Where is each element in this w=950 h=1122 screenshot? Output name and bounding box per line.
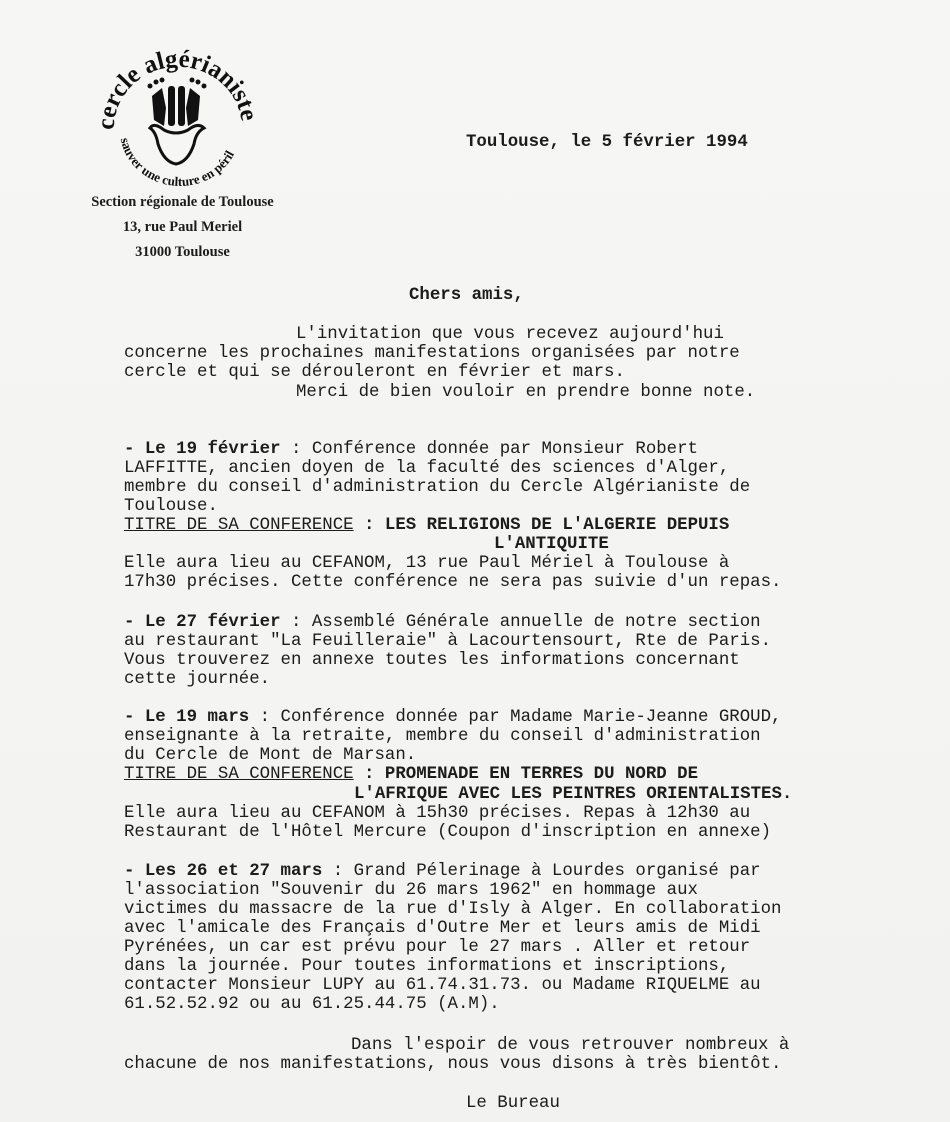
- event-4-sep: :: [322, 862, 353, 881]
- salutation: Chers amis,: [409, 287, 524, 306]
- event-1-line-3: membre du conseil d'administration du Ce…: [124, 479, 750, 498]
- signature: Le Bureau: [466, 1095, 560, 1114]
- event-1-after-1: Elle aura lieu au CEFANOM, 13 rue Paul M…: [124, 555, 729, 574]
- event-3-title-line-2: L'AFRIQUE AVEC LES PEINTRES ORIENTALISTE…: [354, 786, 792, 805]
- event-3-sep: :: [249, 708, 280, 727]
- section-name: Section régionale de Toulouse: [60, 190, 305, 215]
- logo-motto-arc: sauver une culture en péril: [118, 136, 237, 186]
- event-1-title: TITRE DE SA CONFERENCE : LES RELIGIONS D…: [124, 517, 729, 536]
- event-1-line-1: Conférence donnée par Monsieur Robert: [312, 440, 698, 459]
- event-4-line-1: Grand Pélerinage à Lourdes organisé par: [354, 862, 761, 881]
- city-address: 31000 Toulouse: [60, 240, 305, 265]
- hand-of-fatma-icon: [148, 78, 207, 165]
- event-1-line-4: Toulouse.: [124, 498, 218, 517]
- closing-line-2: chacune de nos manifestations, nous vous…: [124, 1056, 781, 1075]
- event-1-title-line-2: L'ANTIQUITE: [494, 536, 609, 555]
- event-3-date: - Le 19 mars: [124, 708, 249, 727]
- event-4-date: - Les 26 et 27 mars: [124, 862, 322, 881]
- svg-text:cercle algérianiste: cercle algérianiste: [93, 46, 260, 131]
- event-2-line-4: cette journée.: [124, 671, 270, 690]
- event-3-title-label: TITRE DE SA CONFERENCE: [124, 765, 354, 784]
- intro-line-4: Merci de bien vouloir en prendre bonne n…: [296, 384, 755, 403]
- event-2-line-1: Assemblé Générale annuelle de notre sect…: [312, 613, 761, 632]
- intro-line-3: cercle et qui se dérouleront en février …: [124, 364, 625, 383]
- event-1-title-label: TITRE DE SA CONFERENCE: [124, 516, 354, 535]
- event-1-after-2: 17h30 précises. Cette conférence ne sera…: [124, 574, 781, 593]
- date-line: Toulouse, le 5 février 1994: [466, 134, 748, 153]
- event-2-date: - Le 27 février: [124, 613, 281, 632]
- event-3-first-line: - Le 19 mars : Conférence donnée par Mad…: [124, 709, 781, 728]
- event-1-sep: :: [281, 440, 312, 459]
- logo-name-arc: cercle algérianiste: [93, 46, 260, 131]
- event-4-line-5: Pyrénées, un car est prévu pour le 27 ma…: [124, 939, 750, 958]
- closing-line-1: Dans l'espoir de vous retrouver nombreux…: [351, 1037, 789, 1056]
- event-1-title-line-1: : LES RELIGIONS DE L'ALGERIE DEPUIS: [354, 516, 730, 535]
- event-2-line-3: Vous trouverez en annexe toutes les info…: [124, 652, 740, 671]
- street-address: 13, rue Paul Meriel: [60, 215, 305, 240]
- event-4-line-6: dans la journée. Pour toutes information…: [124, 958, 729, 977]
- event-3-title-line-1: : PROMENADE EN TERRES DU NORD DE: [354, 765, 698, 784]
- intro-line-1: L'invitation que vous recevez aujourd'hu…: [296, 326, 724, 345]
- letter-page: cercle algérianiste sauver une culture e…: [0, 0, 950, 1122]
- event-1-first-line: - Le 19 février : Conférence donnée par …: [124, 441, 698, 460]
- sender-address: Section régionale de Toulouse 13, rue Pa…: [60, 190, 305, 265]
- event-4-line-7: contacter Monsieur LUPY au 61.74.31.73. …: [124, 977, 761, 996]
- event-4-line-8: 61.52.52.92 ou au 61.25.44.75 (A.M).: [124, 996, 500, 1015]
- event-3-after-1: Elle aura lieu au CEFANOM à 15h30 précis…: [124, 805, 750, 824]
- event-4-line-4: avec l'amicale des Français d'Outre Mer …: [124, 920, 761, 939]
- event-2-line-2: au restaurant "La Feuilleraie" à Lacourt…: [124, 633, 771, 652]
- intro-line-2: concerne les prochaines manifestations o…: [124, 345, 740, 364]
- event-4-first-line: - Les 26 et 27 mars : Grand Pélerinage à…: [124, 863, 761, 882]
- event-4-line-2: l'association "Souvenir du 26 mars 1962"…: [124, 882, 698, 901]
- event-3-title: TITRE DE SA CONFERENCE : PROMENADE EN TE…: [124, 766, 698, 785]
- event-1-date: - Le 19 février: [124, 440, 281, 459]
- event-3-line-1: Conférence donnée par Madame Marie-Jeann…: [281, 708, 782, 727]
- event-1-line-2: LAFFITTE, ancien doyen de la faculté des…: [124, 460, 729, 479]
- event-3-after-2: Restaurant de l'Hôtel Mercure (Coupon d'…: [124, 824, 771, 843]
- event-3-line-2: enseignante à la retraite, membre du con…: [124, 728, 761, 747]
- event-2-first-line: - Le 27 février : Assemblé Générale annu…: [124, 614, 761, 633]
- event-3-line-3: du Cercle de Mont de Marsan.: [124, 747, 416, 766]
- svg-text:sauver une culture en péril: sauver une culture en péril: [118, 136, 237, 186]
- cercle-algerianiste-logo: cercle algérianiste sauver une culture e…: [92, 36, 260, 186]
- event-4-line-3: victimes du massacre de la rue d'Isly à …: [124, 901, 781, 920]
- event-2-sep: :: [281, 613, 312, 632]
